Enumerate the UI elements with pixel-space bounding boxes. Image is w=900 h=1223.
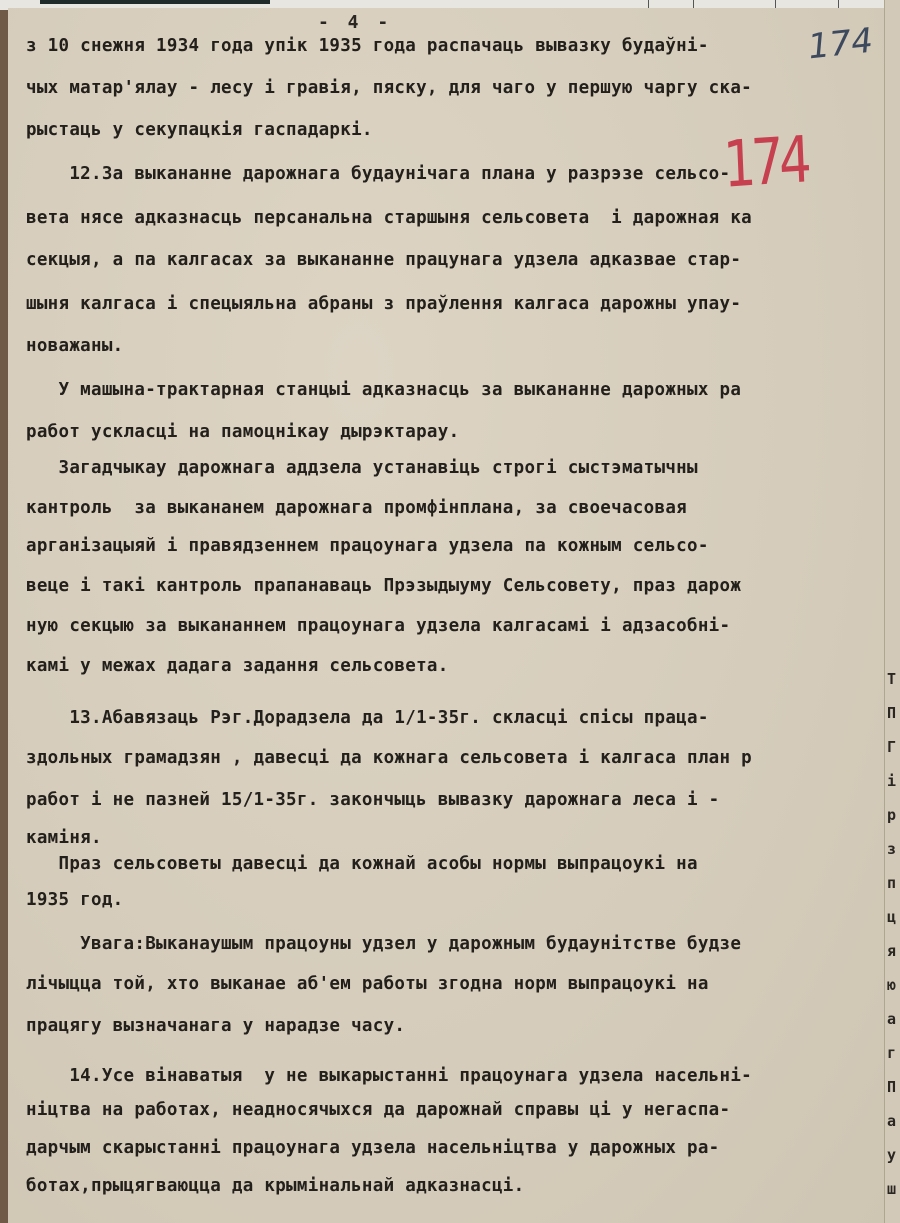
- text-line: здольных грамадзян , давесці да кожнага …: [26, 748, 752, 768]
- text-line: ніцтва на работах, неадносячыхся да даро…: [26, 1100, 730, 1120]
- text-line: секцыя, а па калгасах за выкананне працу…: [26, 250, 741, 270]
- edge-char-fragment: а: [887, 1010, 896, 1028]
- text-line: чых матар'ялау - лесу і гравія, пяску, д…: [26, 78, 752, 98]
- text-line: дарчым скарыстанні працоунага удзела нас…: [26, 1138, 720, 1158]
- adjacent-page-edge: ТПГірзпцяюагПауш: [884, 0, 900, 1223]
- text-line: 13.Абавязаць Рэг.Дорадзела да 1/1-35г. с…: [26, 708, 709, 728]
- edge-char-fragment: ц: [887, 908, 896, 926]
- edge-char-fragment: Т: [887, 670, 896, 688]
- edge-char-fragment: я: [887, 942, 896, 960]
- text-line: камі у межах дадага задання сельсовета.: [26, 656, 449, 676]
- edge-char-fragment: Г: [887, 738, 896, 756]
- handwritten-folio-number: 174: [806, 21, 875, 68]
- text-line: У машына-трактарная станцыі адказнасць з…: [26, 380, 741, 400]
- text-line: з 10 снежня 1934 года упік 1935 года рас…: [26, 36, 709, 56]
- text-line: ную секцыю за выкананнем працоунага удзе…: [26, 616, 730, 636]
- edge-char-fragment: і: [887, 772, 896, 790]
- edge-char-fragment: у: [887, 1146, 896, 1164]
- text-line: новажаны.: [26, 336, 124, 356]
- edge-char-fragment: ю: [887, 976, 896, 994]
- edge-char-fragment: П: [887, 704, 896, 722]
- text-line: працягу вызначанага у нарадзе часу.: [26, 1016, 405, 1036]
- edge-char-fragment: г: [887, 1044, 896, 1062]
- text-line: Загадчыкау дарожнага аддзела устанавіць …: [26, 458, 698, 478]
- edge-char-fragment: а: [887, 1112, 896, 1130]
- text-line: ботах,прыцягваюцца да крымінальнай адказ…: [26, 1176, 524, 1196]
- text-line: работ і не пазней 15/1-35г. закончыць вы…: [26, 790, 720, 810]
- top-edge-dark-bar: [40, 0, 270, 4]
- document-page: - 4 - 174 174 з 10 снежня 1934 года упік…: [8, 8, 886, 1223]
- red-folio-stamp: 174: [722, 123, 808, 202]
- text-line: Праз сельсоветы давесці да кожнай асобы …: [26, 854, 698, 874]
- text-line: 12.За выкананне дарожнага будаунічага пл…: [26, 164, 730, 184]
- text-line: работ ускласці на памоцнікау дырэктарау.: [26, 422, 459, 442]
- text-line: рыстаць у секупацкія гаспадаркі.: [26, 120, 373, 140]
- text-line: веце і такі кантроль прапанаваць Прэзыды…: [26, 576, 741, 596]
- text-line: каміня.: [26, 828, 102, 848]
- text-line: 1935 год.: [26, 890, 124, 910]
- text-line: вета нясе адказнасць персанальна старшын…: [26, 208, 752, 228]
- text-line: кантроль за выкананем дарожнага промфінп…: [26, 498, 687, 518]
- edge-char-fragment: з: [887, 840, 896, 858]
- page-marker: - 4 -: [318, 12, 392, 33]
- text-line: арганізацыяй і правядзеннем працоунага у…: [26, 536, 709, 556]
- text-line: Увага:Выканаушым працоуны удзел у дарожн…: [26, 934, 741, 954]
- text-line: лічыцца той, хто выканае аб'ем работы зг…: [26, 974, 709, 994]
- text-line: шыня калгаса і спецыяльна абраны з праўл…: [26, 294, 741, 314]
- edge-char-fragment: П: [887, 1078, 896, 1096]
- text-line: 14.Усе вінаватыя у не выкарыстанні працо…: [26, 1066, 752, 1086]
- edge-char-fragment: ш: [887, 1180, 896, 1198]
- edge-char-fragment: р: [887, 806, 896, 824]
- edge-char-fragment: п: [887, 874, 896, 892]
